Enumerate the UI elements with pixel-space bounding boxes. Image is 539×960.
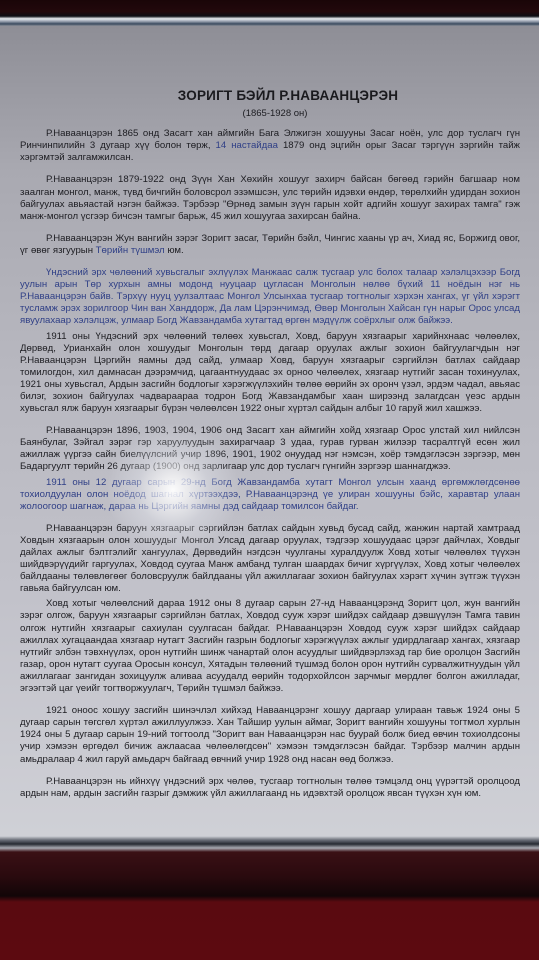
paragraph-5: 1911 оны Үндэсний эрх чөлөөний төлөөх ху… xyxy=(20,331,520,416)
frame-bottom-edge xyxy=(0,836,539,960)
paragraph-1: Р.Наваанцэрэн 1865 онд Засагт хан аймгий… xyxy=(20,128,520,164)
paragraph-3: Р.Наваанцэрэн Жун вангийн зэрэг Зоригт з… xyxy=(20,233,520,257)
paragraph-4: Үндэсний эрх чөлөөний хувьсгалыг эхлүүлэ… xyxy=(20,267,520,327)
paragraph-text: юм. xyxy=(165,245,184,256)
document-subtitle: (1865-1928 он) xyxy=(20,108,520,120)
document-body: ЗОРИГТ БЭЙЛ Р.НАВААНЦЭРЭН (1865-1928 он)… xyxy=(20,90,520,810)
paragraph-10: 1921 оноос хошуу засгийн шинэчлэл хийхэд… xyxy=(20,705,520,765)
highlighted-text: 14 настайдаа xyxy=(216,140,278,151)
paragraph-6: Р.Наваанцэрэн 1896, 1903, 1904, 1906 онд… xyxy=(20,425,520,473)
highlighted-text: Төрийн түшмэл xyxy=(96,245,165,256)
document-title: ЗОРИГТ БЭЙЛ Р.НАВААНЦЭРЭН xyxy=(20,90,520,102)
paragraph-7: 1911 оны 12 дугаар сарын 29-нд Богд Жавз… xyxy=(20,477,520,513)
paragraph-11: Р.Наваанцэрэн нь ийнхүү үндэсний эрх чөл… xyxy=(20,776,520,800)
paragraph-9: Ховд хотыг чөлөөлсний дараа 1912 оны 8 д… xyxy=(20,598,520,695)
paragraph-8: Р.Наваанцэрэн баруун хязгаарыг сэргийлэн… xyxy=(20,523,520,596)
paragraph-2: Р.Наваанцэрэн 1879-1922 онд Зүүн Хан Хөх… xyxy=(20,174,520,222)
frame-top-edge xyxy=(0,0,539,26)
